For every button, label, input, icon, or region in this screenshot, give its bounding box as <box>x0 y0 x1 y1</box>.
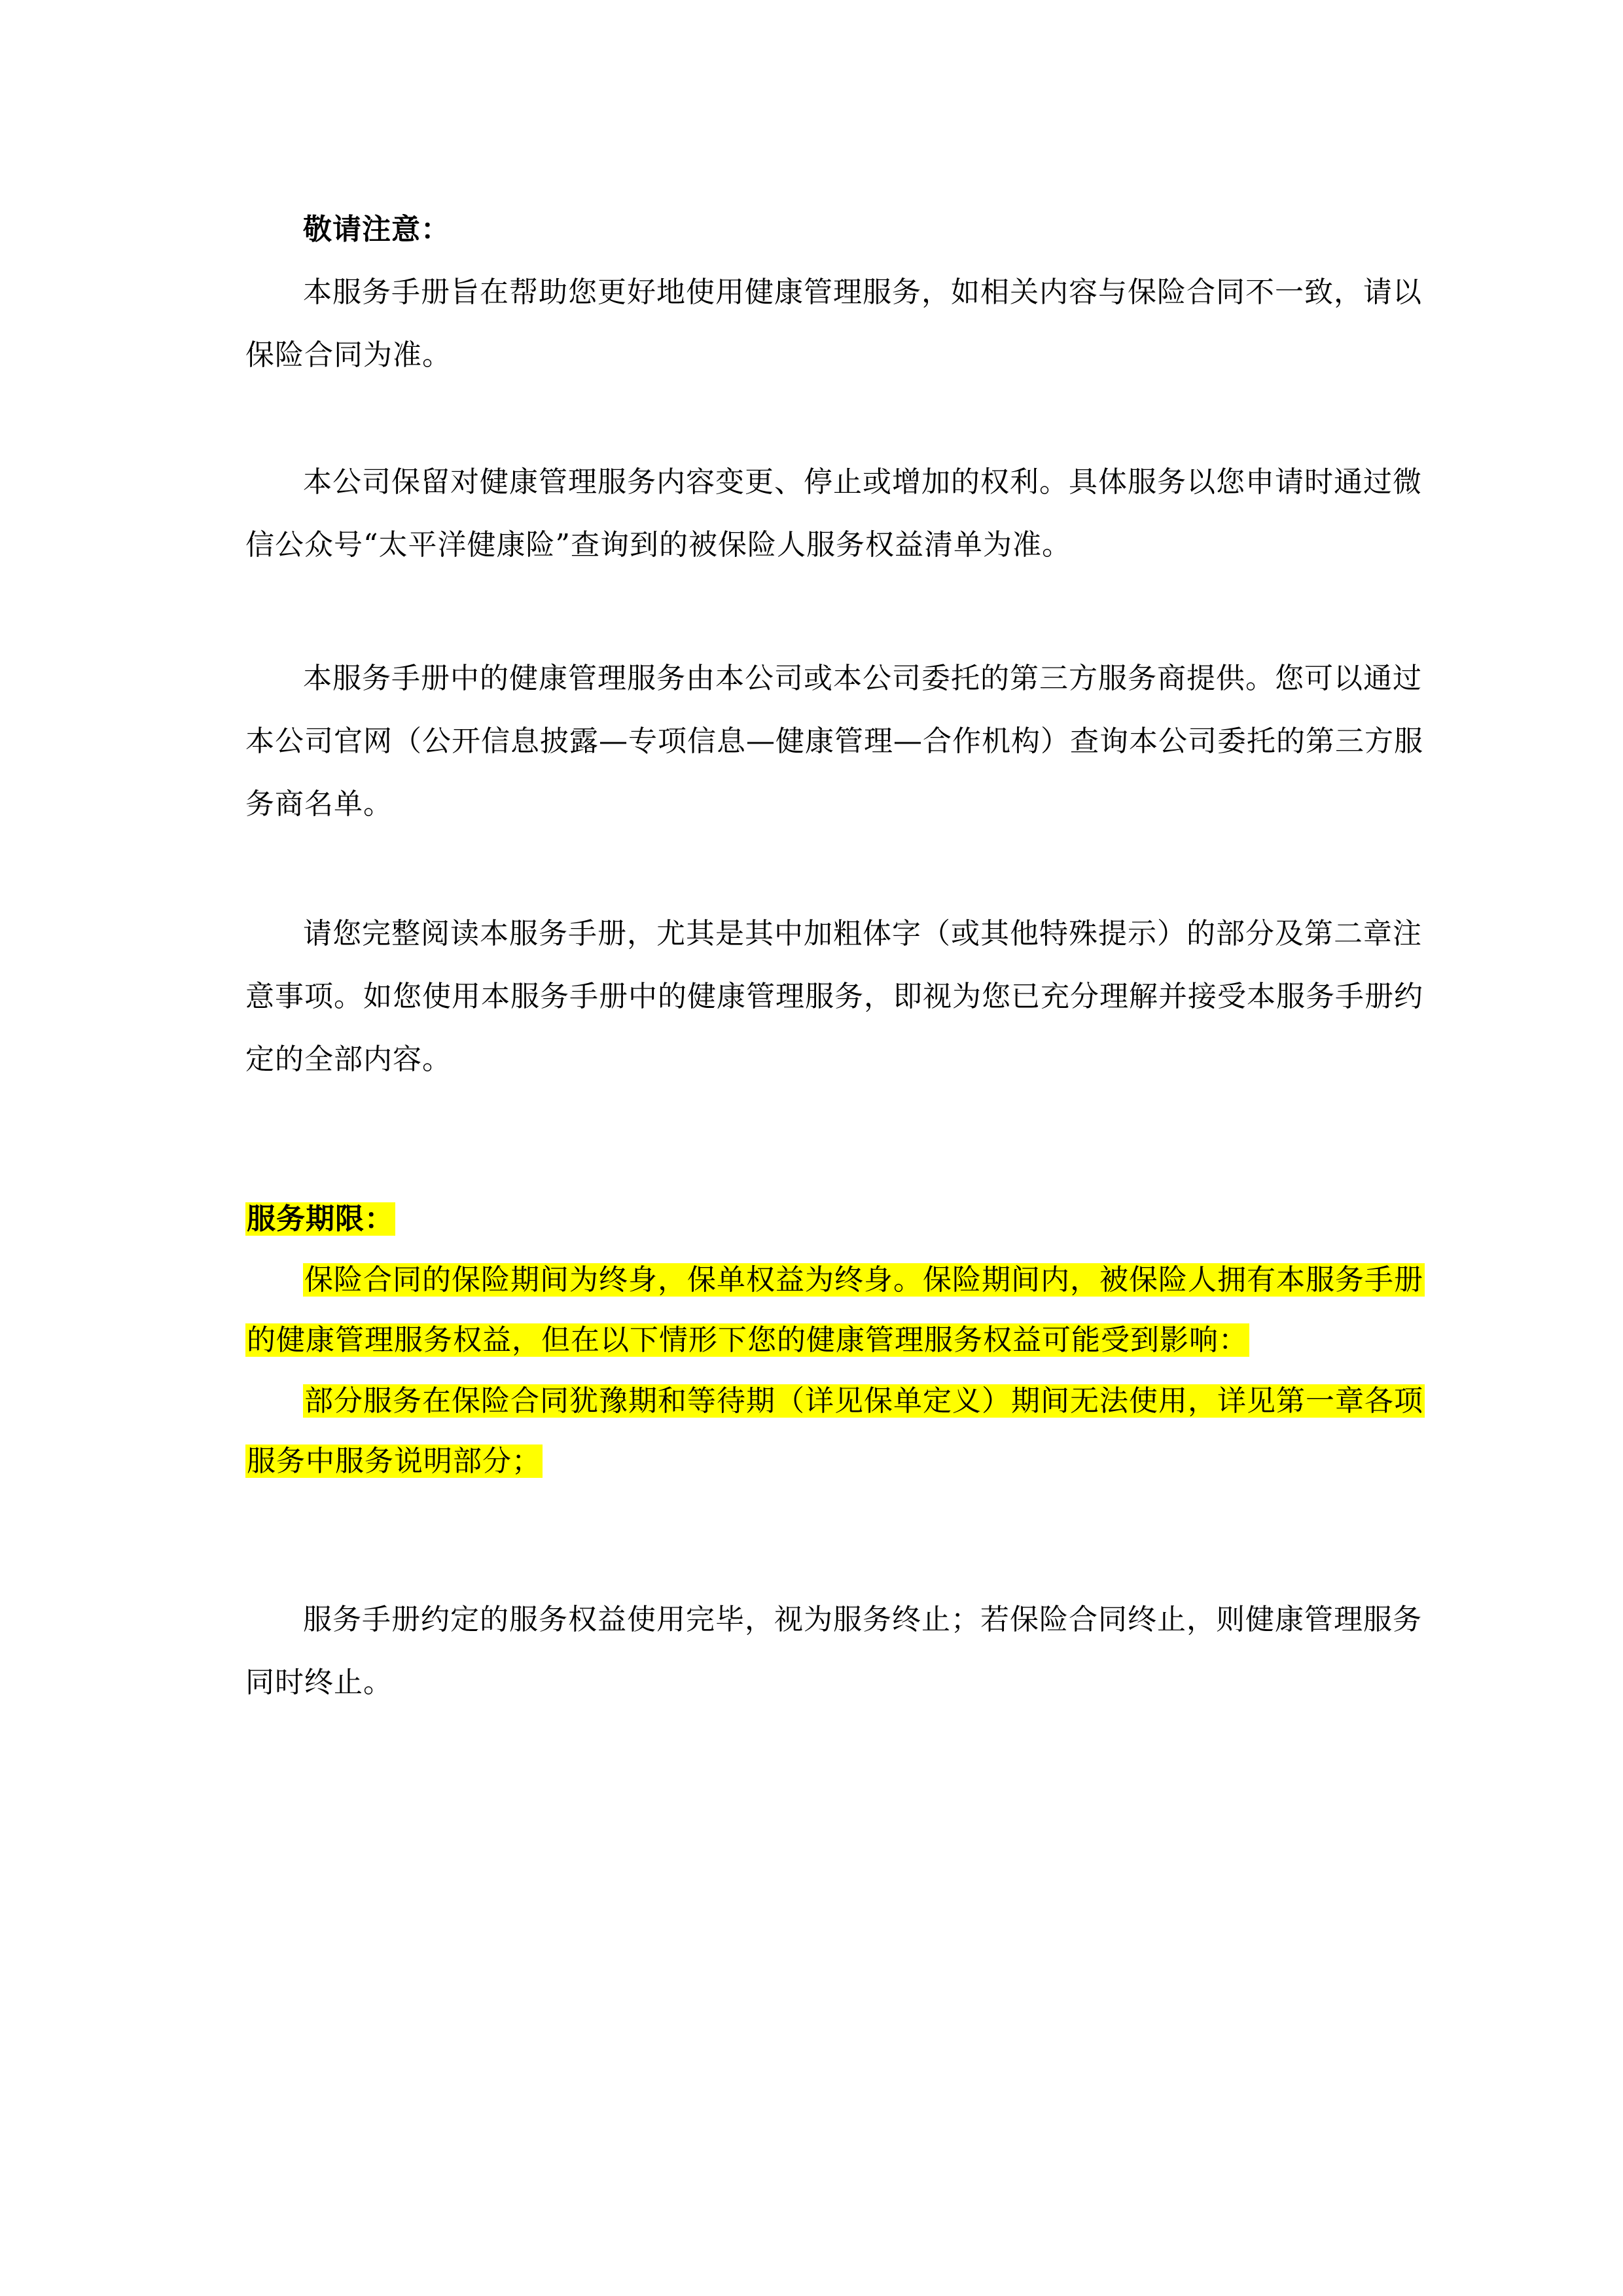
highlight: 部分服务在保险合同犹豫期和等待期（详见保单定义）期间无法使用，详见第一章各项 <box>303 1384 1425 1418</box>
paragraph-line: 意事项。如您使用本服务手册中的健康管理服务，即视为您已充分理解并接受本服务手册约 <box>245 973 1423 1021</box>
paragraph-line: 保险合同为准。 <box>245 331 452 380</box>
paragraph-line: 的健康管理服务权益，但在以下情形下您的健康管理服务权益可能受到影响： <box>245 1316 1249 1365</box>
highlight: 的健康管理服务权益，但在以下情形下您的健康管理服务权益可能受到影响： <box>245 1323 1249 1357</box>
paragraph-line: 本服务手册中的健康管理服务由本公司或本公司委托的第三方服务商提供。您可以通过 <box>303 655 1422 703</box>
paragraph-line: 信公众号“太平洋健康险”查询到的被保险人服务权益清单为准。 <box>245 521 1071 569</box>
highlight: 服务期限： <box>245 1202 395 1236</box>
notice-heading: 敬请注意： <box>303 206 450 254</box>
paragraph-line: 本服务手册旨在帮助您更好地使用健康管理服务，如相关内容与保险合同不一致，请以 <box>303 268 1422 317</box>
paragraph-line: 服务手册约定的服务权益使用完毕，视为服务终止；若保险合同终止，则健康管理服务 <box>303 1596 1422 1644</box>
highlight: 保险合同的保险期间为终身，保单权益为终身。保险期间内，被保险人拥有本服务手册 <box>303 1263 1425 1297</box>
paragraph-line: 本公司官网（公开信息披露—专项信息—健康管理—合作机构）查询本公司委托的第三方服 <box>245 717 1423 766</box>
paragraph-line: 服务中服务说明部分； <box>245 1437 543 1486</box>
paragraph-line: 部分服务在保险合同犹豫期和等待期（详见保单定义）期间无法使用，详见第一章各项 <box>303 1377 1425 1426</box>
paragraph-line: 同时终止。 <box>245 1659 393 1707</box>
paragraph-line: 请您完整阅读本服务手册，尤其是其中加粗体字（或其他特殊提示）的部分及第二章注 <box>303 910 1422 958</box>
paragraph-line: 务商名单。 <box>245 780 393 829</box>
service-period-heading: 服务期限： <box>245 1195 395 1244</box>
paragraph-line: 保险合同的保险期间为终身，保单权益为终身。保险期间内，被保险人拥有本服务手册 <box>303 1256 1425 1304</box>
highlight: 服务中服务说明部分； <box>245 1444 543 1478</box>
paragraph-line: 本公司保留对健康管理服务内容变更、停止或增加的权利。具体服务以您申请时通过微 <box>303 458 1422 507</box>
paragraph-line: 定的全部内容。 <box>245 1035 452 1084</box>
